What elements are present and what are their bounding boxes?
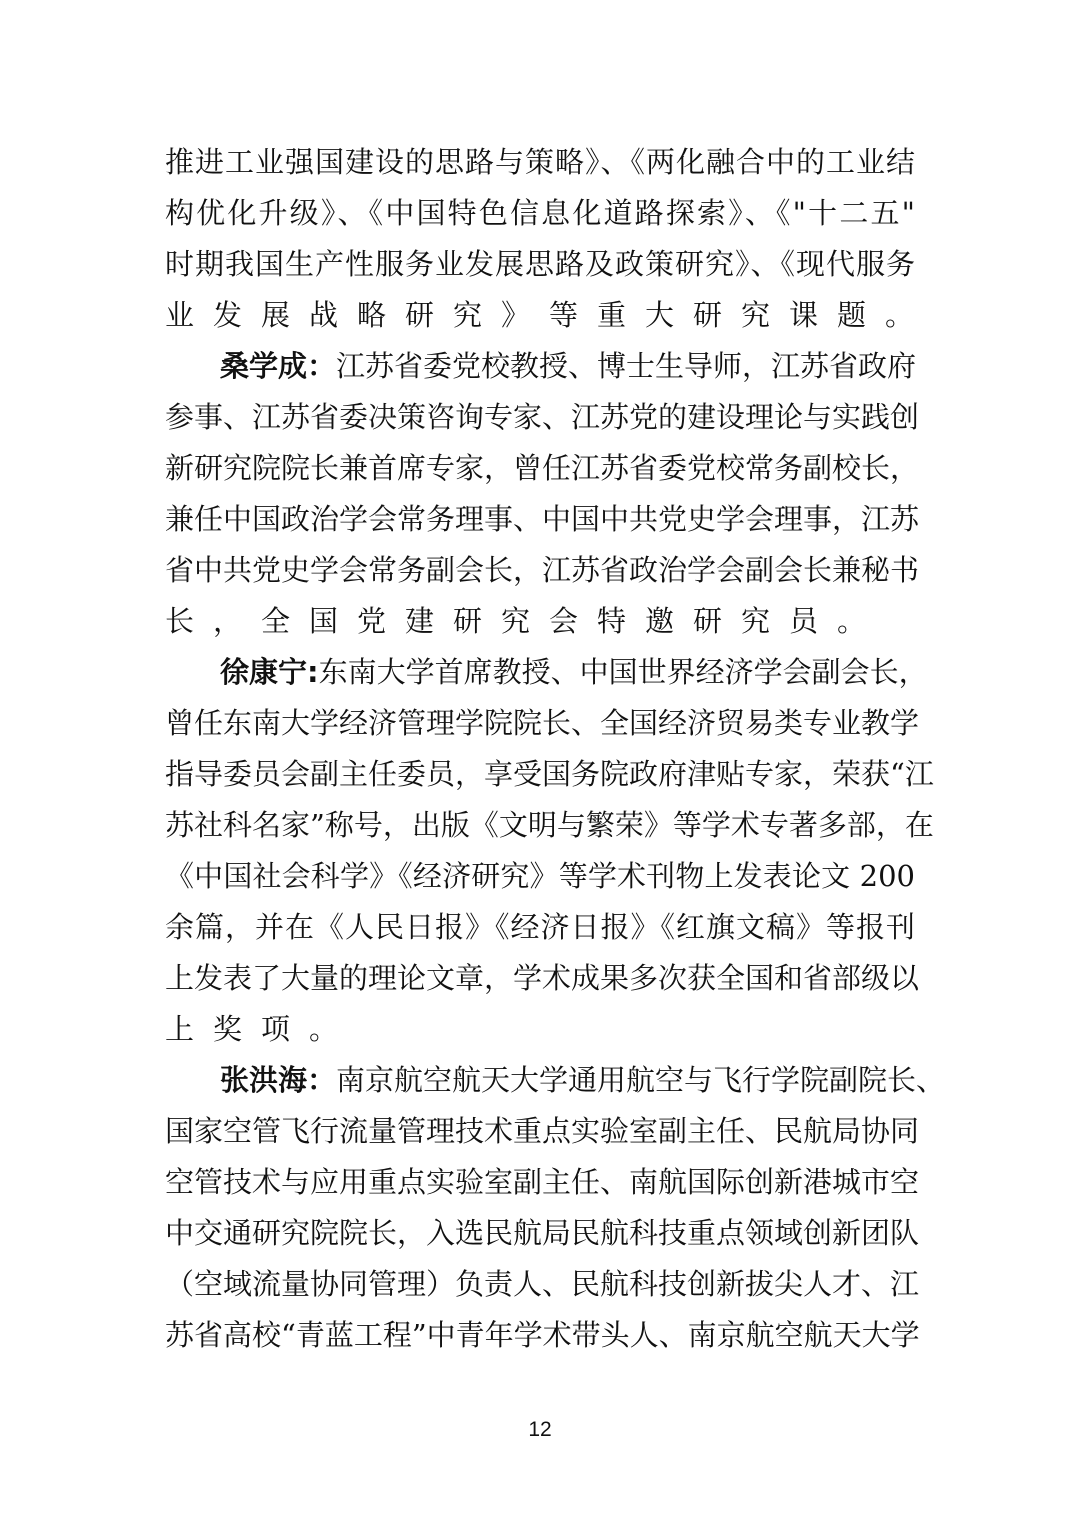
text-line: 时期我国生产性服务业发展思路及政策研究》、《现代服务 xyxy=(165,239,915,289)
text-line: 推进工业强国建设的思路与策略》、《两化融合中的工业结 xyxy=(165,137,915,187)
text-line: 长，全国党建研究会特邀研究员。 xyxy=(165,596,915,646)
text-line: 上发表了大量的理论文章，学术成果多次获全国和省部级以 xyxy=(165,953,915,1003)
bio-first-line: 桑学成：江苏省委党校教授、博士生导师，江苏省政府 xyxy=(220,341,915,391)
text-segment: 江苏省委党校教授、博士生导师，江苏省政府 xyxy=(336,349,916,383)
text-line: 空管技术与应用重点实验室副主任、南航国际创新港城市空 xyxy=(165,1157,915,1207)
person-name: 徐康宁: xyxy=(220,655,319,689)
text-line: 省中共党史学会常务副会长，江苏省政治学会副会长兼秘书 xyxy=(165,545,915,595)
text-segment: 东南大学首席教授、中国世界经济学会副会长， xyxy=(319,655,928,689)
page-number: 12 xyxy=(0,1418,1080,1442)
text-line: 曾任东南大学经济管理学院院长、全国经济贸易类专业教学 xyxy=(165,698,915,748)
document-page: 推进工业强国建设的思路与策略》、《两化融合中的工业结 构优化升级》、《中国特色信… xyxy=(0,0,1080,1528)
text-segment: 南京航空航天大学通用航空与飞行学院副院长、 xyxy=(336,1063,945,1097)
text-line: 苏社科名家”称号，出版《文明与繁荣》等学术专著多部，在 xyxy=(165,800,915,850)
text-line: 中交通研究院院长，入选民航局民航科技重点领域创新团队 xyxy=(165,1208,915,1258)
text-line: 新研究院院长兼首席专家，曾任江苏省委党校常务副校长， xyxy=(165,443,915,493)
person-name: 张洪海： xyxy=(220,1063,336,1097)
text-line: 上奖项。 xyxy=(165,1004,915,1054)
text-line: 兼任中国政治学会常务理事、中国中共党史学会理事，江苏 xyxy=(165,494,915,544)
text-line: 指导委员会副主任委员，享受国务院政府津贴专家，荣获“江 xyxy=(165,749,915,799)
text-line: 《中国社会科学》《经济研究》等学术刊物上发表论文 200 xyxy=(165,851,915,901)
text-line: 业发展战略研究》等重大研究课题。 xyxy=(165,290,915,340)
person-name: 桑学成： xyxy=(220,349,336,383)
text-line: 苏省高校“青蓝工程”中青年学术带头人、南京航空航天大学 xyxy=(165,1310,915,1360)
text-line: 国家空管飞行流量管理技术重点实验室副主任、民航局协同 xyxy=(165,1106,915,1156)
bio-first-line: 张洪海：南京航空航天大学通用航空与飞行学院副院长、 xyxy=(220,1055,940,1105)
text-line: 构优化升级》、《中国特色信息化道路探索》、《"十二五" xyxy=(165,188,915,238)
text-line: 参事、江苏省委决策咨询专家、江苏党的建设理论与实践创 xyxy=(165,392,915,442)
bio-first-line: 徐康宁:东南大学首席教授、中国世界经济学会副会长， xyxy=(220,647,915,697)
text-line: （空域流量协同管理）负责人、民航科技创新拔尖人才、江 xyxy=(165,1259,915,1309)
text-line: 余篇，并在《人民日报》《经济日报》《红旗文稿》等报刊 xyxy=(165,902,915,952)
